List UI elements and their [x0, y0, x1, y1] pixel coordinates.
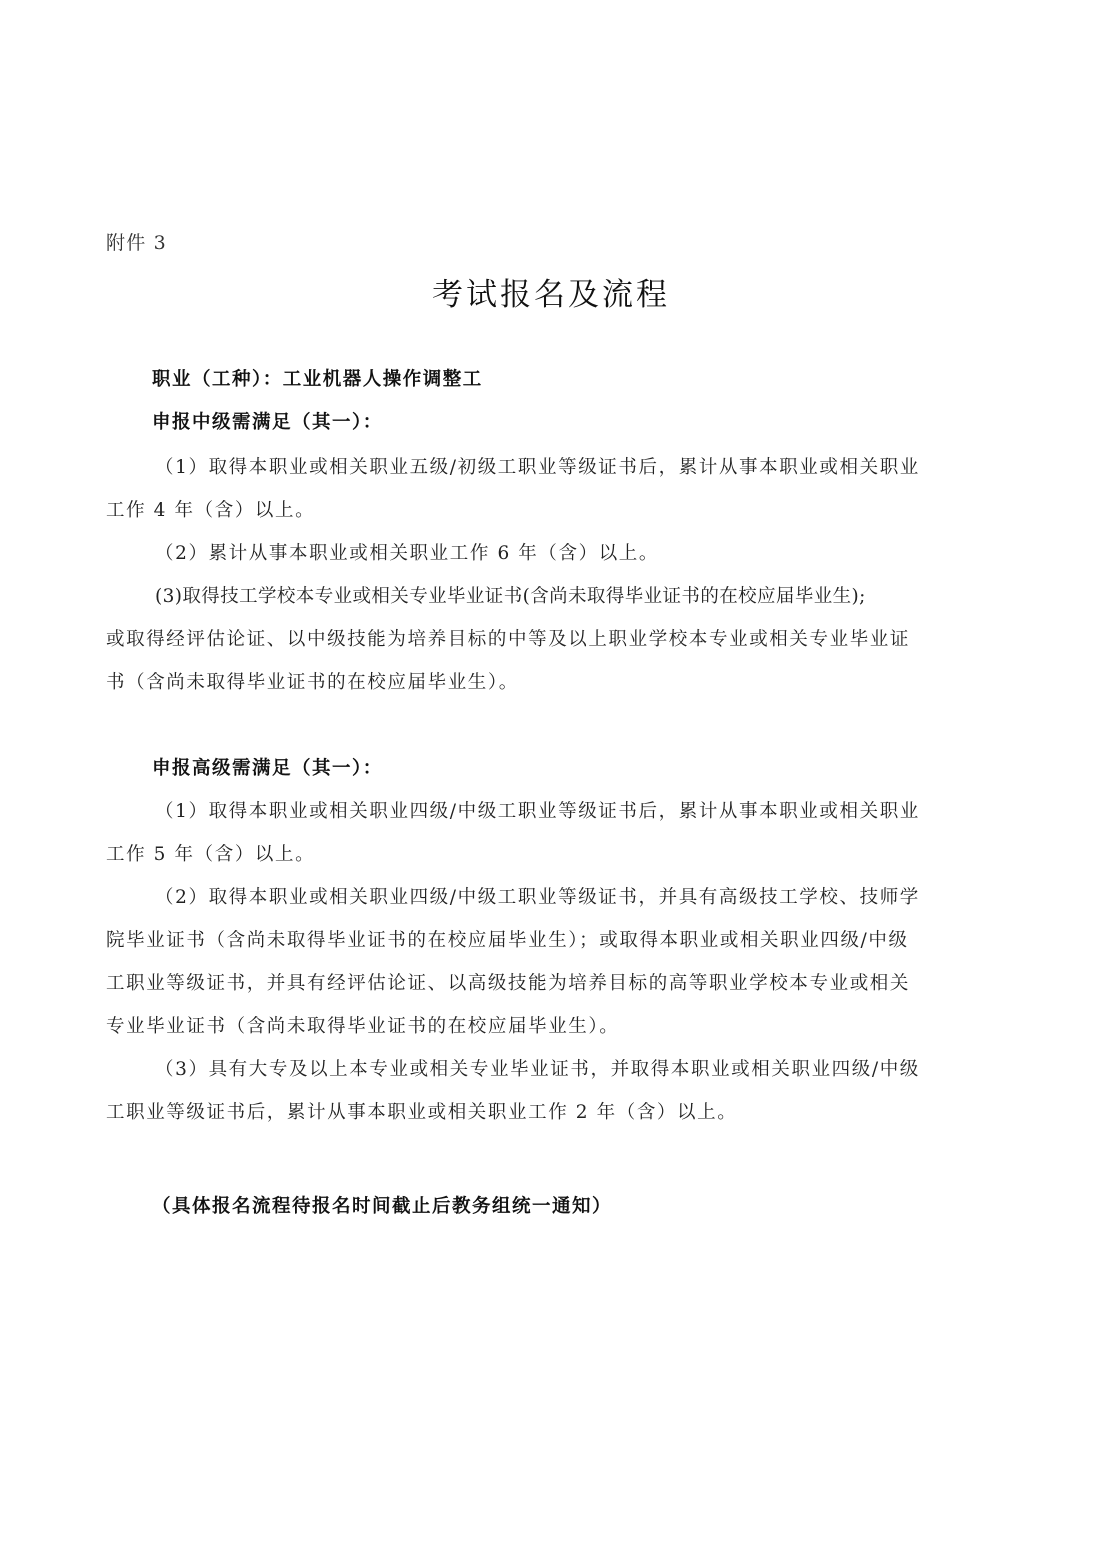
- advanced-line-7: （3）具有大专及以上本专业或相关专业毕业证书，并取得本职业或相关职业四级/中级: [155, 1058, 920, 1082]
- advanced-line-1: （1）取得本职业或相关职业四级/中级工职业等级证书后，累计从事本职业或相关职业: [155, 800, 920, 824]
- intermediate-heading: 申报中级需满足（其一）：: [152, 411, 383, 435]
- intermediate-line-2: 工作 4 年（含）以上。: [106, 499, 315, 523]
- advanced-line-8: 工职业等级证书后，累计从事本职业或相关职业工作 2 年（含）以上。: [106, 1101, 737, 1125]
- advanced-heading: 申报高级需满足（其一）：: [152, 757, 383, 781]
- intermediate-line-6: 书（含尚未取得毕业证书的在校应届毕业生）。: [106, 671, 519, 695]
- occupation-line: 职业（工种）：工业机器人操作调整工: [152, 368, 483, 392]
- advanced-line-4: 院毕业证书（含尚未取得毕业证书的在校应届毕业生）；或取得本职业或相关职业四级/中…: [106, 929, 909, 953]
- advanced-line-5: 工职业等级证书，并具有经评估论证、以高级技能为培养目标的高等职业学校本专业或相关: [106, 972, 910, 996]
- page-title: 考试报名及流程: [0, 276, 1102, 314]
- intermediate-line-5: 或取得经评估论证、以中级技能为培养目标的中等及以上职业学校本专业或相关专业毕业证: [106, 628, 910, 652]
- advanced-line-2: 工作 5 年（含）以上。: [106, 843, 315, 867]
- registration-note: （具体报名流程待报名时间截止后教务组统一通知）: [152, 1195, 612, 1219]
- intermediate-line-3: （2）累计从事本职业或相关职业工作 6 年（含）以上。: [155, 542, 659, 566]
- intermediate-line-1: （1）取得本职业或相关职业五级/初级工职业等级证书后，累计从事本职业或相关职业: [155, 456, 920, 480]
- advanced-line-3: （2）取得本职业或相关职业四级/中级工职业等级证书，并具有高级技工学校、技师学: [155, 886, 920, 910]
- intermediate-line-4: (3)取得技工学校本专业或相关专业毕业证书(含尚未取得毕业证书的在校应届毕业生)…: [155, 585, 866, 609]
- advanced-line-6: 专业毕业证书（含尚未取得毕业证书的在校应届毕业生）。: [106, 1015, 619, 1039]
- annex-label: 附件 3: [106, 231, 167, 255]
